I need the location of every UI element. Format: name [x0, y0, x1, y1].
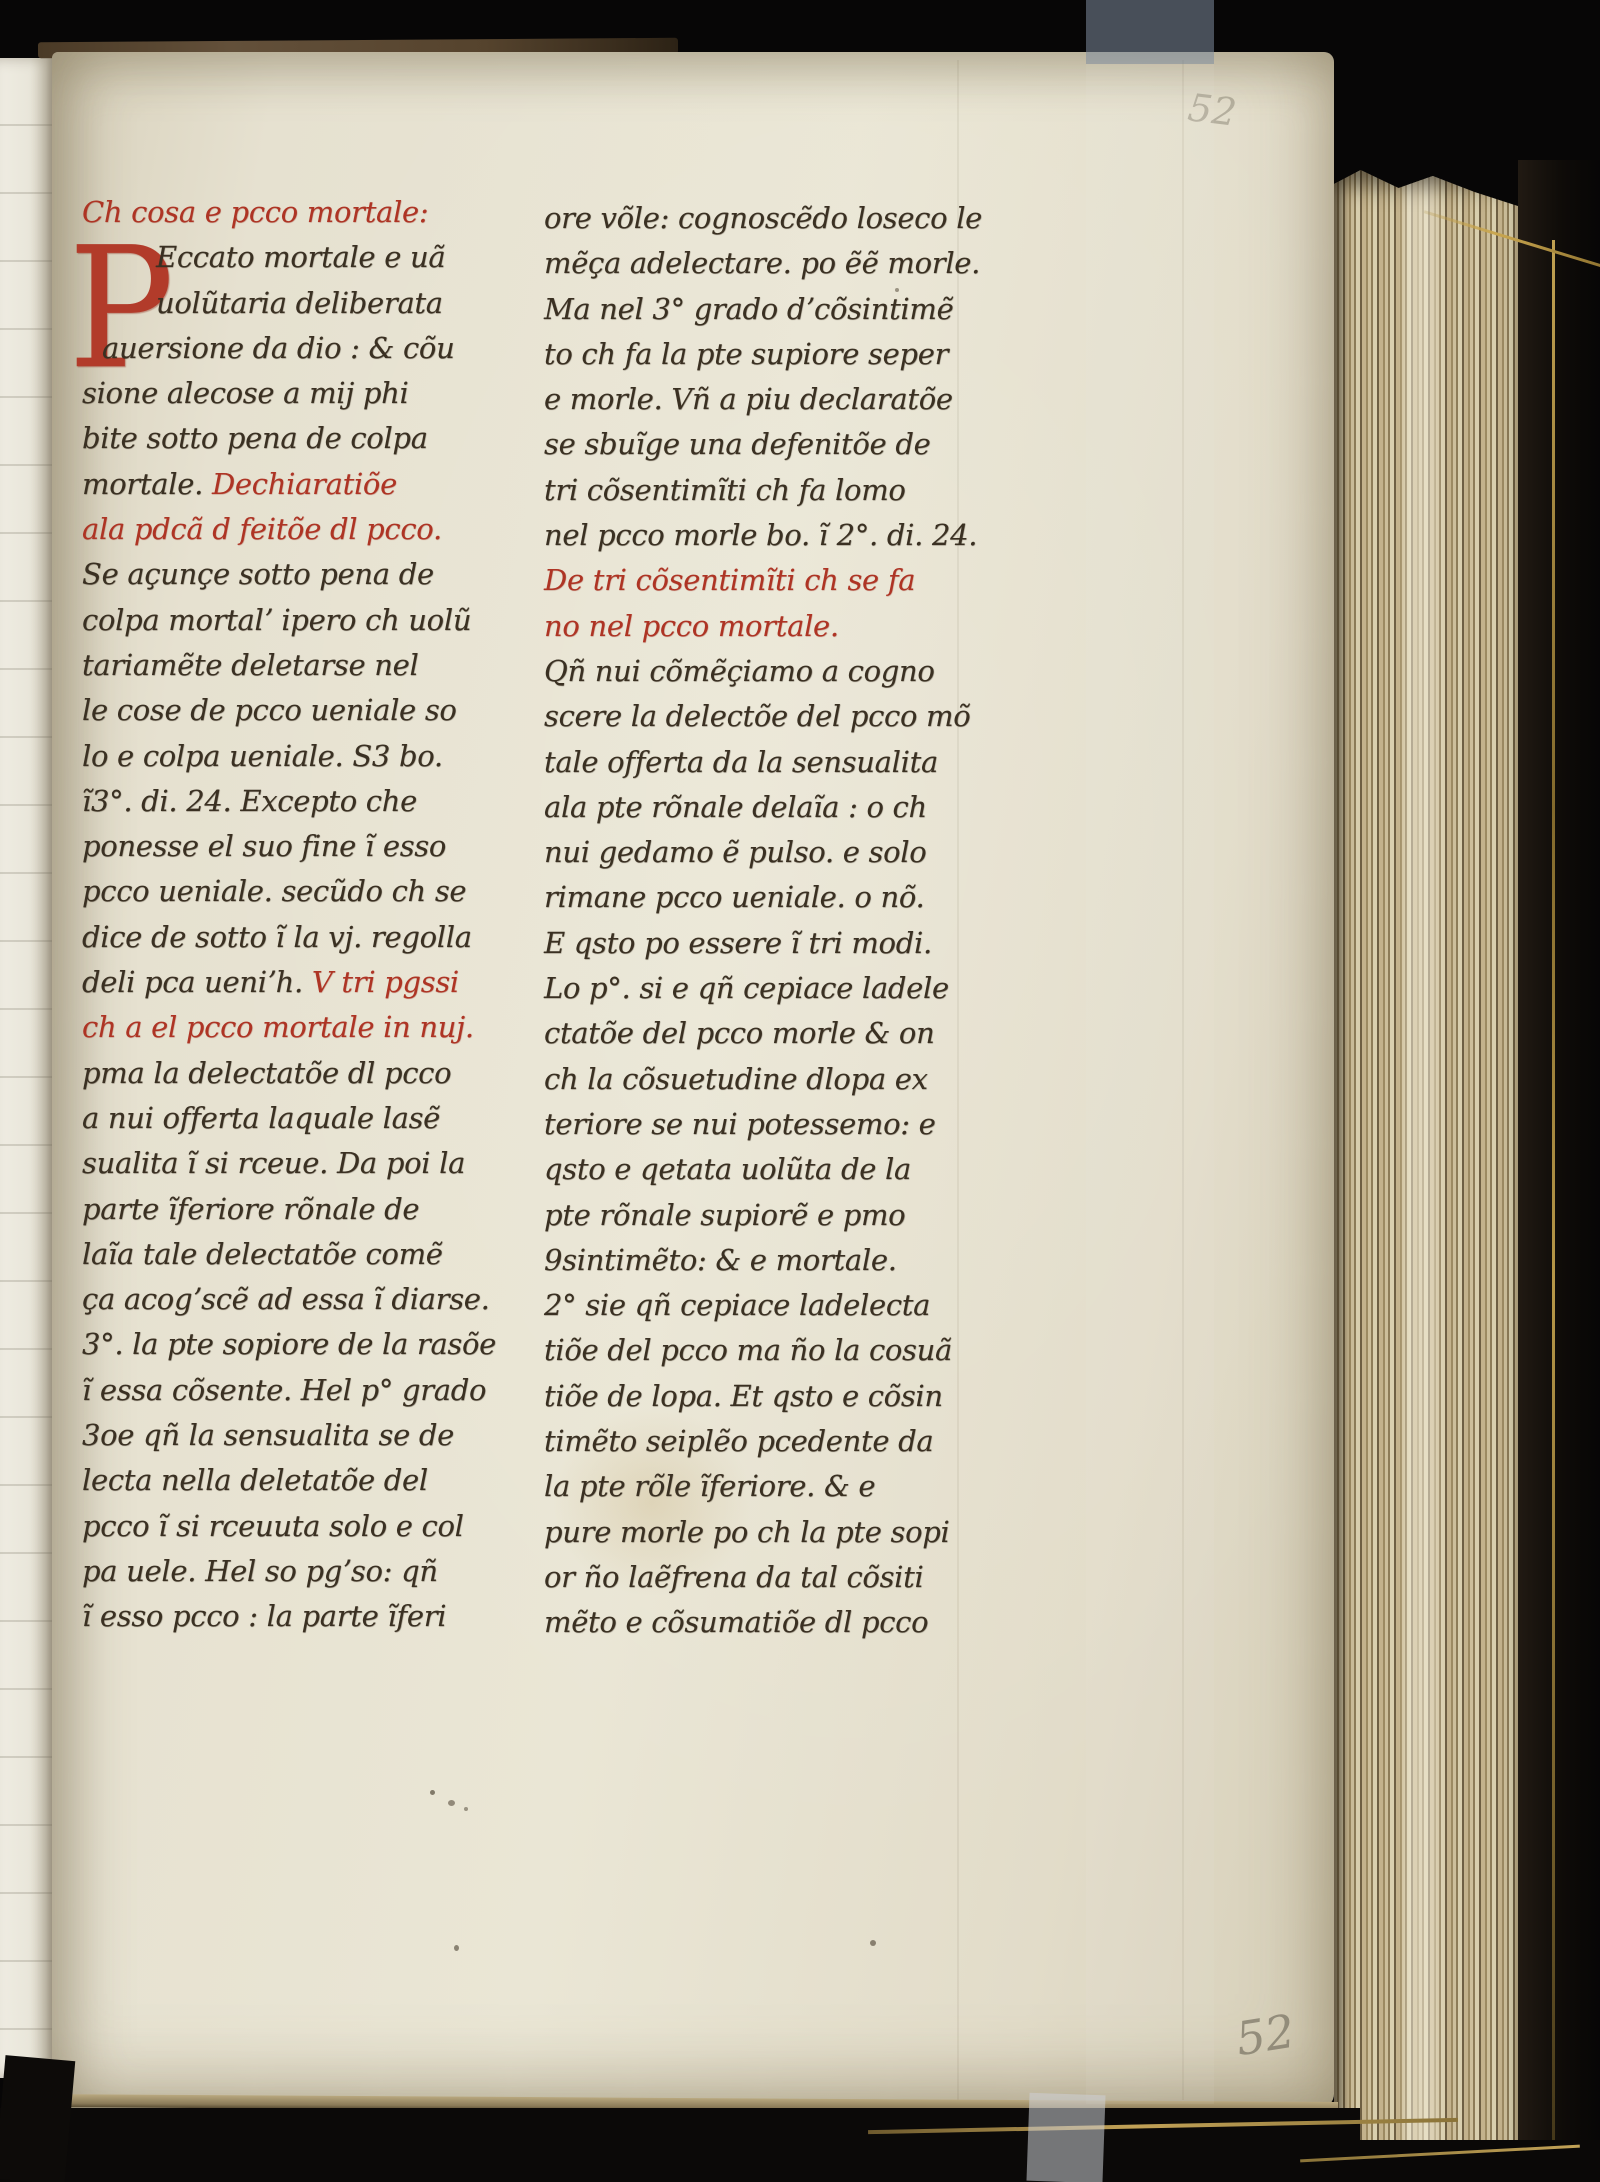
- manuscript-line: ponesse el suo fine ĩ esso: [82, 824, 500, 869]
- ink-text: laĩa tale delectatõe comẽ: [82, 1237, 443, 1271]
- manuscript-photo: P Ch cosa e pcco mortale:Eccato mortale …: [0, 0, 1600, 2182]
- ink-text: mortale.: [82, 467, 212, 501]
- ink-text: pma la delectatõe dl pcco: [82, 1056, 451, 1090]
- manuscript-line: pma la delectatõe dl pcco: [82, 1051, 500, 1096]
- ink-text: tri cõsentimĩti ch fa lomo: [544, 473, 906, 507]
- ink-text: ĩ essa cõsente. Hel p° grado: [82, 1373, 486, 1407]
- manuscript-line: ch la cõsuetudine dlopa ex: [544, 1057, 962, 1102]
- ink-text: tale offerta da la sensualita: [544, 745, 938, 779]
- ink-text: or ño laẽfrena da tal cõsiti: [544, 1560, 923, 1594]
- ink-text: scere la delectõe del pcco mõ: [544, 699, 970, 733]
- manuscript-line: pa uele. Hel so pgʼso: qñ: [82, 1549, 500, 1594]
- rubric-text: Dechiaratiõe: [212, 467, 397, 501]
- ink-text: 9sintimẽto: & e mortale.: [544, 1243, 897, 1277]
- manuscript-line: pure morle po ch la pte sopi: [544, 1510, 962, 1555]
- ink-text: 2° sie qñ cepiace ladelecta: [544, 1288, 930, 1322]
- manuscript-line: ĩ3°. di. 24. Excepto che: [82, 779, 500, 824]
- ink-text: Ma nel 3° grado dʼcõsintimẽ: [544, 292, 953, 326]
- manuscript-line: tri cõsentimĩti ch fa lomo: [544, 468, 962, 513]
- manuscript-line: mortale. Dechiaratiõe: [82, 462, 500, 507]
- manuscript-line: auersione da dio : & cõu: [82, 326, 500, 371]
- ink-text: to ch fa la pte supiore seper: [544, 337, 948, 371]
- ink-text: Qñ nui cõmẽçiamo a cogno: [544, 654, 935, 688]
- manuscript-line: ça acogʼscẽ ad essa ĩ diarse.: [82, 1277, 500, 1322]
- ink-text: nel pcco morle bo. ĩ 2°. di. 24.: [544, 518, 977, 552]
- ink-text: timẽto seiplẽo pcedente da: [544, 1424, 933, 1458]
- ink-text: deli pca ueniʼh.: [82, 965, 312, 999]
- ink-text: ĩ3°. di. 24. Excepto che: [82, 784, 417, 818]
- manuscript-line: tale offerta da la sensualita: [544, 740, 962, 785]
- manuscript-line: ĩ essa cõsente. Hel p° grado: [82, 1368, 500, 1413]
- ink-text: teriore se nui potessemo: e: [544, 1107, 936, 1141]
- manuscript-line: nel pcco morle bo. ĩ 2°. di. 24.: [544, 513, 962, 558]
- ink-text: ala pte rõnale delaĩa : o ch: [544, 790, 927, 824]
- manuscript-line: uolũtaria deliberata: [82, 281, 500, 326]
- manuscript-line: ala pte rõnale delaĩa : o ch: [544, 785, 962, 830]
- ink-speck: [454, 1945, 459, 1951]
- ink-text: parte ĩferiore rõnale de: [82, 1192, 419, 1226]
- ink-speck: [430, 1790, 435, 1795]
- rubric-text: V tri pgssi: [312, 965, 459, 999]
- manuscript-line: 3°. la pte sopiore de la rasõe: [82, 1322, 500, 1367]
- ink-text: rimane pcco ueniale. o nõ.: [544, 880, 924, 914]
- manuscript-line: tiõe de lopa. Et qsto e cõsin: [544, 1374, 962, 1419]
- manuscript-line: pcco ĩ si rceuuta solo e col: [82, 1504, 500, 1549]
- ink-speck: [448, 1800, 455, 1806]
- manuscript-line: ch a el pcco mortale in nuj.: [82, 1005, 500, 1050]
- ink-text: ore võle: cognoscẽdo loseco le: [544, 201, 982, 235]
- manuscript-line: colpa mortalʼ ipero ch uolũ: [82, 598, 500, 643]
- manuscript-line: sione alecose a mij phi: [82, 371, 500, 416]
- ink-text: pte rõnale supiorẽ e pmo: [544, 1198, 905, 1232]
- manuscript-line: deli pca ueniʼh. V tri pgssi: [82, 960, 500, 1005]
- manuscript-line: tariamẽte deletarse nel: [82, 643, 500, 688]
- manuscript-line: nui gedamo ẽ pulso. e solo: [544, 830, 962, 875]
- right-column: ore võle: cognoscẽdo loseco lemẽça adele…: [544, 196, 962, 1646]
- ink-speck: [870, 1940, 876, 1946]
- ink-text: pa uele. Hel so pgʼso: qñ: [82, 1554, 438, 1588]
- ink-text: auersione da dio : & cõu: [102, 331, 454, 365]
- ink-text: mẽto e cõsumatiõe dl pcco: [544, 1605, 928, 1639]
- ink-text: nui gedamo ẽ pulso. e solo: [544, 835, 926, 869]
- ink-text: ĩ esso pcco : la parte ĩferi: [82, 1599, 446, 1633]
- manuscript-line: teriore se nui potessemo: e: [544, 1102, 962, 1147]
- mounting-tape-bottom: [1026, 2093, 1105, 2182]
- ink-text: ctatõe del pcco morle & on: [544, 1016, 934, 1050]
- ink-text: E qsto po essere ĩ tri modi.: [544, 926, 932, 960]
- manuscript-line: lo e colpa ueniale. S3 bo.: [82, 734, 500, 779]
- manuscript-line: ctatõe del pcco morle & on: [544, 1011, 962, 1056]
- manuscript-line: laĩa tale delectatõe comẽ: [82, 1232, 500, 1277]
- manuscript-line: tiõe del pcco ma ño la cosuã: [544, 1328, 962, 1373]
- manuscript-line: Ma nel 3° grado dʼcõsintimẽ: [544, 287, 962, 332]
- manuscript-line: rimane pcco ueniale. o nõ.: [544, 875, 962, 920]
- ink-text: pure morle po ch la pte sopi: [544, 1515, 950, 1549]
- manuscript-line: mẽto e cõsumatiõe dl pcco: [544, 1600, 962, 1645]
- rubric-text: Ch cosa e pcco mortale:: [82, 195, 428, 229]
- manuscript-line: sualita ĩ si rceue. Da poi la: [82, 1141, 500, 1186]
- ink-text: la pte rõle ĩferiore. & e: [544, 1469, 875, 1503]
- manuscript-line: lecta nella deletatõe del: [82, 1458, 500, 1503]
- ink-speck: [464, 1807, 468, 1811]
- manuscript-line: no nel pcco mortale.: [544, 604, 962, 649]
- ink-text: ponesse el suo fine ĩ esso: [82, 829, 446, 863]
- ink-text: Se açunçe sotto pena de: [82, 557, 434, 591]
- left-column: Ch cosa e pcco mortale:Eccato mortale e …: [82, 190, 500, 1640]
- ink-text: lo e colpa ueniale. S3 bo.: [82, 739, 443, 773]
- leather-cover-bottom: [0, 2108, 1360, 2182]
- gutter-bottom-shadow: [0, 2055, 75, 2182]
- rubric-text: De tri cõsentimĩti ch se fa: [544, 563, 915, 597]
- leather-cover-right: [1518, 160, 1600, 2182]
- manuscript-line: to ch fa la pte supiore seper: [544, 332, 962, 377]
- ink-text: uolũtaria deliberata: [156, 286, 443, 320]
- pencil-folio-number-bottom: 52: [1232, 2004, 1298, 2066]
- ink-text: pcco ĩ si rceuuta solo e col: [82, 1509, 464, 1543]
- facing-page-edge: [0, 58, 54, 2078]
- manuscript-line: 3oe qñ la sensualita se de: [82, 1413, 500, 1458]
- manuscript-line: ore võle: cognoscẽdo loseco le: [544, 196, 962, 241]
- ink-text: ça acogʼscẽ ad essa ĩ diarse.: [82, 1282, 490, 1316]
- manuscript-line: timẽto seiplẽo pcedente da: [544, 1419, 962, 1464]
- manuscript-line: pcco ueniale. secũdo ch se: [82, 869, 500, 914]
- manuscript-line: ĩ esso pcco : la parte ĩferi: [82, 1594, 500, 1639]
- mounting-tape-top: [1086, 0, 1214, 64]
- ink-text: a nui offerta laquale lasẽ: [82, 1101, 440, 1135]
- manuscript-line: Lo p°. si e qñ cepiace ladele: [544, 966, 962, 1011]
- manuscript-line: se sbuĩge una defenitõe de: [544, 422, 962, 467]
- ink-text: sualita ĩ si rceue. Da poi la: [82, 1146, 465, 1180]
- manuscript-line: Se açunçe sotto pena de: [82, 552, 500, 597]
- ink-text: Eccato mortale e uã: [156, 240, 445, 274]
- manuscript-line: Eccato mortale e uã: [82, 235, 500, 280]
- ink-text: lecta nella deletatõe del: [82, 1463, 428, 1497]
- ink-text: colpa mortalʼ ipero ch uolũ: [82, 603, 471, 637]
- ink-text: 3°. la pte sopiore de la rasõe: [82, 1327, 496, 1361]
- manuscript-line: or ño laẽfrena da tal cõsiti: [544, 1555, 962, 1600]
- manuscript-line: scere la delectõe del pcco mõ: [544, 694, 962, 739]
- manuscript-line: mẽça adelectare. po ẽẽ morle.: [544, 241, 962, 286]
- ink-text: e morle. Vñ a piu declaratõe: [544, 382, 953, 416]
- ink-text: ch la cõsuetudine dlopa ex: [544, 1062, 928, 1096]
- ink-text: 3oe qñ la sensualita se de: [82, 1418, 454, 1452]
- ink-text: tiõe de lopa. Et qsto e cõsin: [544, 1379, 943, 1413]
- manuscript-line: 2° sie qñ cepiace ladelecta: [544, 1283, 962, 1328]
- manuscript-line: bite sotto pena de colpa: [82, 416, 500, 461]
- ink-text: bite sotto pena de colpa: [82, 421, 428, 455]
- ink-text: sione alecose a mij phi: [82, 376, 408, 410]
- ink-text: tiõe del pcco ma ño la cosuã: [544, 1333, 952, 1367]
- rubric-text: no nel pcco mortale.: [544, 609, 839, 643]
- ink-text: qsto e qetata uolũta de la: [544, 1152, 911, 1186]
- manuscript-line: e morle. Vñ a piu declaratõe: [544, 377, 962, 422]
- manuscript-line: qsto e qetata uolũta de la: [544, 1147, 962, 1192]
- manuscript-line: 9sintimẽto: & e mortale.: [544, 1238, 962, 1283]
- manuscript-line: Qñ nui cõmẽçiamo a cogno: [544, 649, 962, 694]
- gold-fillet-vertical: [1552, 240, 1555, 2140]
- book-fore-edge-pages: [1334, 168, 1524, 2160]
- ink-text: Lo p°. si e qñ cepiace ladele: [544, 971, 949, 1005]
- rubric-text: ala pdcã d feitõe dl pcco.: [82, 512, 442, 546]
- mounting-tape-top-overlay: [1086, 64, 1214, 2104]
- ink-text: le cose de pcco ueniale so: [82, 693, 457, 727]
- rubric-text: ch a el pcco mortale in nuj.: [82, 1010, 474, 1044]
- manuscript-line: parte ĩferiore rõnale de: [82, 1187, 500, 1232]
- manuscript-line: pte rõnale supiorẽ e pmo: [544, 1193, 962, 1238]
- manuscript-line: De tri cõsentimĩti ch se fa: [544, 558, 962, 603]
- ink-text: dice de sotto ĩ la vj. regolla: [82, 920, 472, 954]
- ink-text: tariamẽte deletarse nel: [82, 648, 419, 682]
- manuscript-line: dice de sotto ĩ la vj. regolla: [82, 915, 500, 960]
- ink-text: pcco ueniale. secũdo ch se: [82, 874, 466, 908]
- ink-text: mẽça adelectare. po ẽẽ morle.: [544, 246, 980, 280]
- ink-speck: [895, 288, 899, 292]
- manuscript-line: E qsto po essere ĩ tri modi.: [544, 921, 962, 966]
- manuscript-line: a nui offerta laquale lasẽ: [82, 1096, 500, 1141]
- ink-text: se sbuĩge una defenitõe de: [544, 427, 930, 461]
- manuscript-line: le cose de pcco ueniale so: [82, 688, 500, 733]
- manuscript-line: ala pdcã d feitõe dl pcco.: [82, 507, 500, 552]
- manuscript-line: la pte rõle ĩferiore. & e: [544, 1464, 962, 1509]
- manuscript-line: Ch cosa e pcco mortale:: [82, 190, 500, 235]
